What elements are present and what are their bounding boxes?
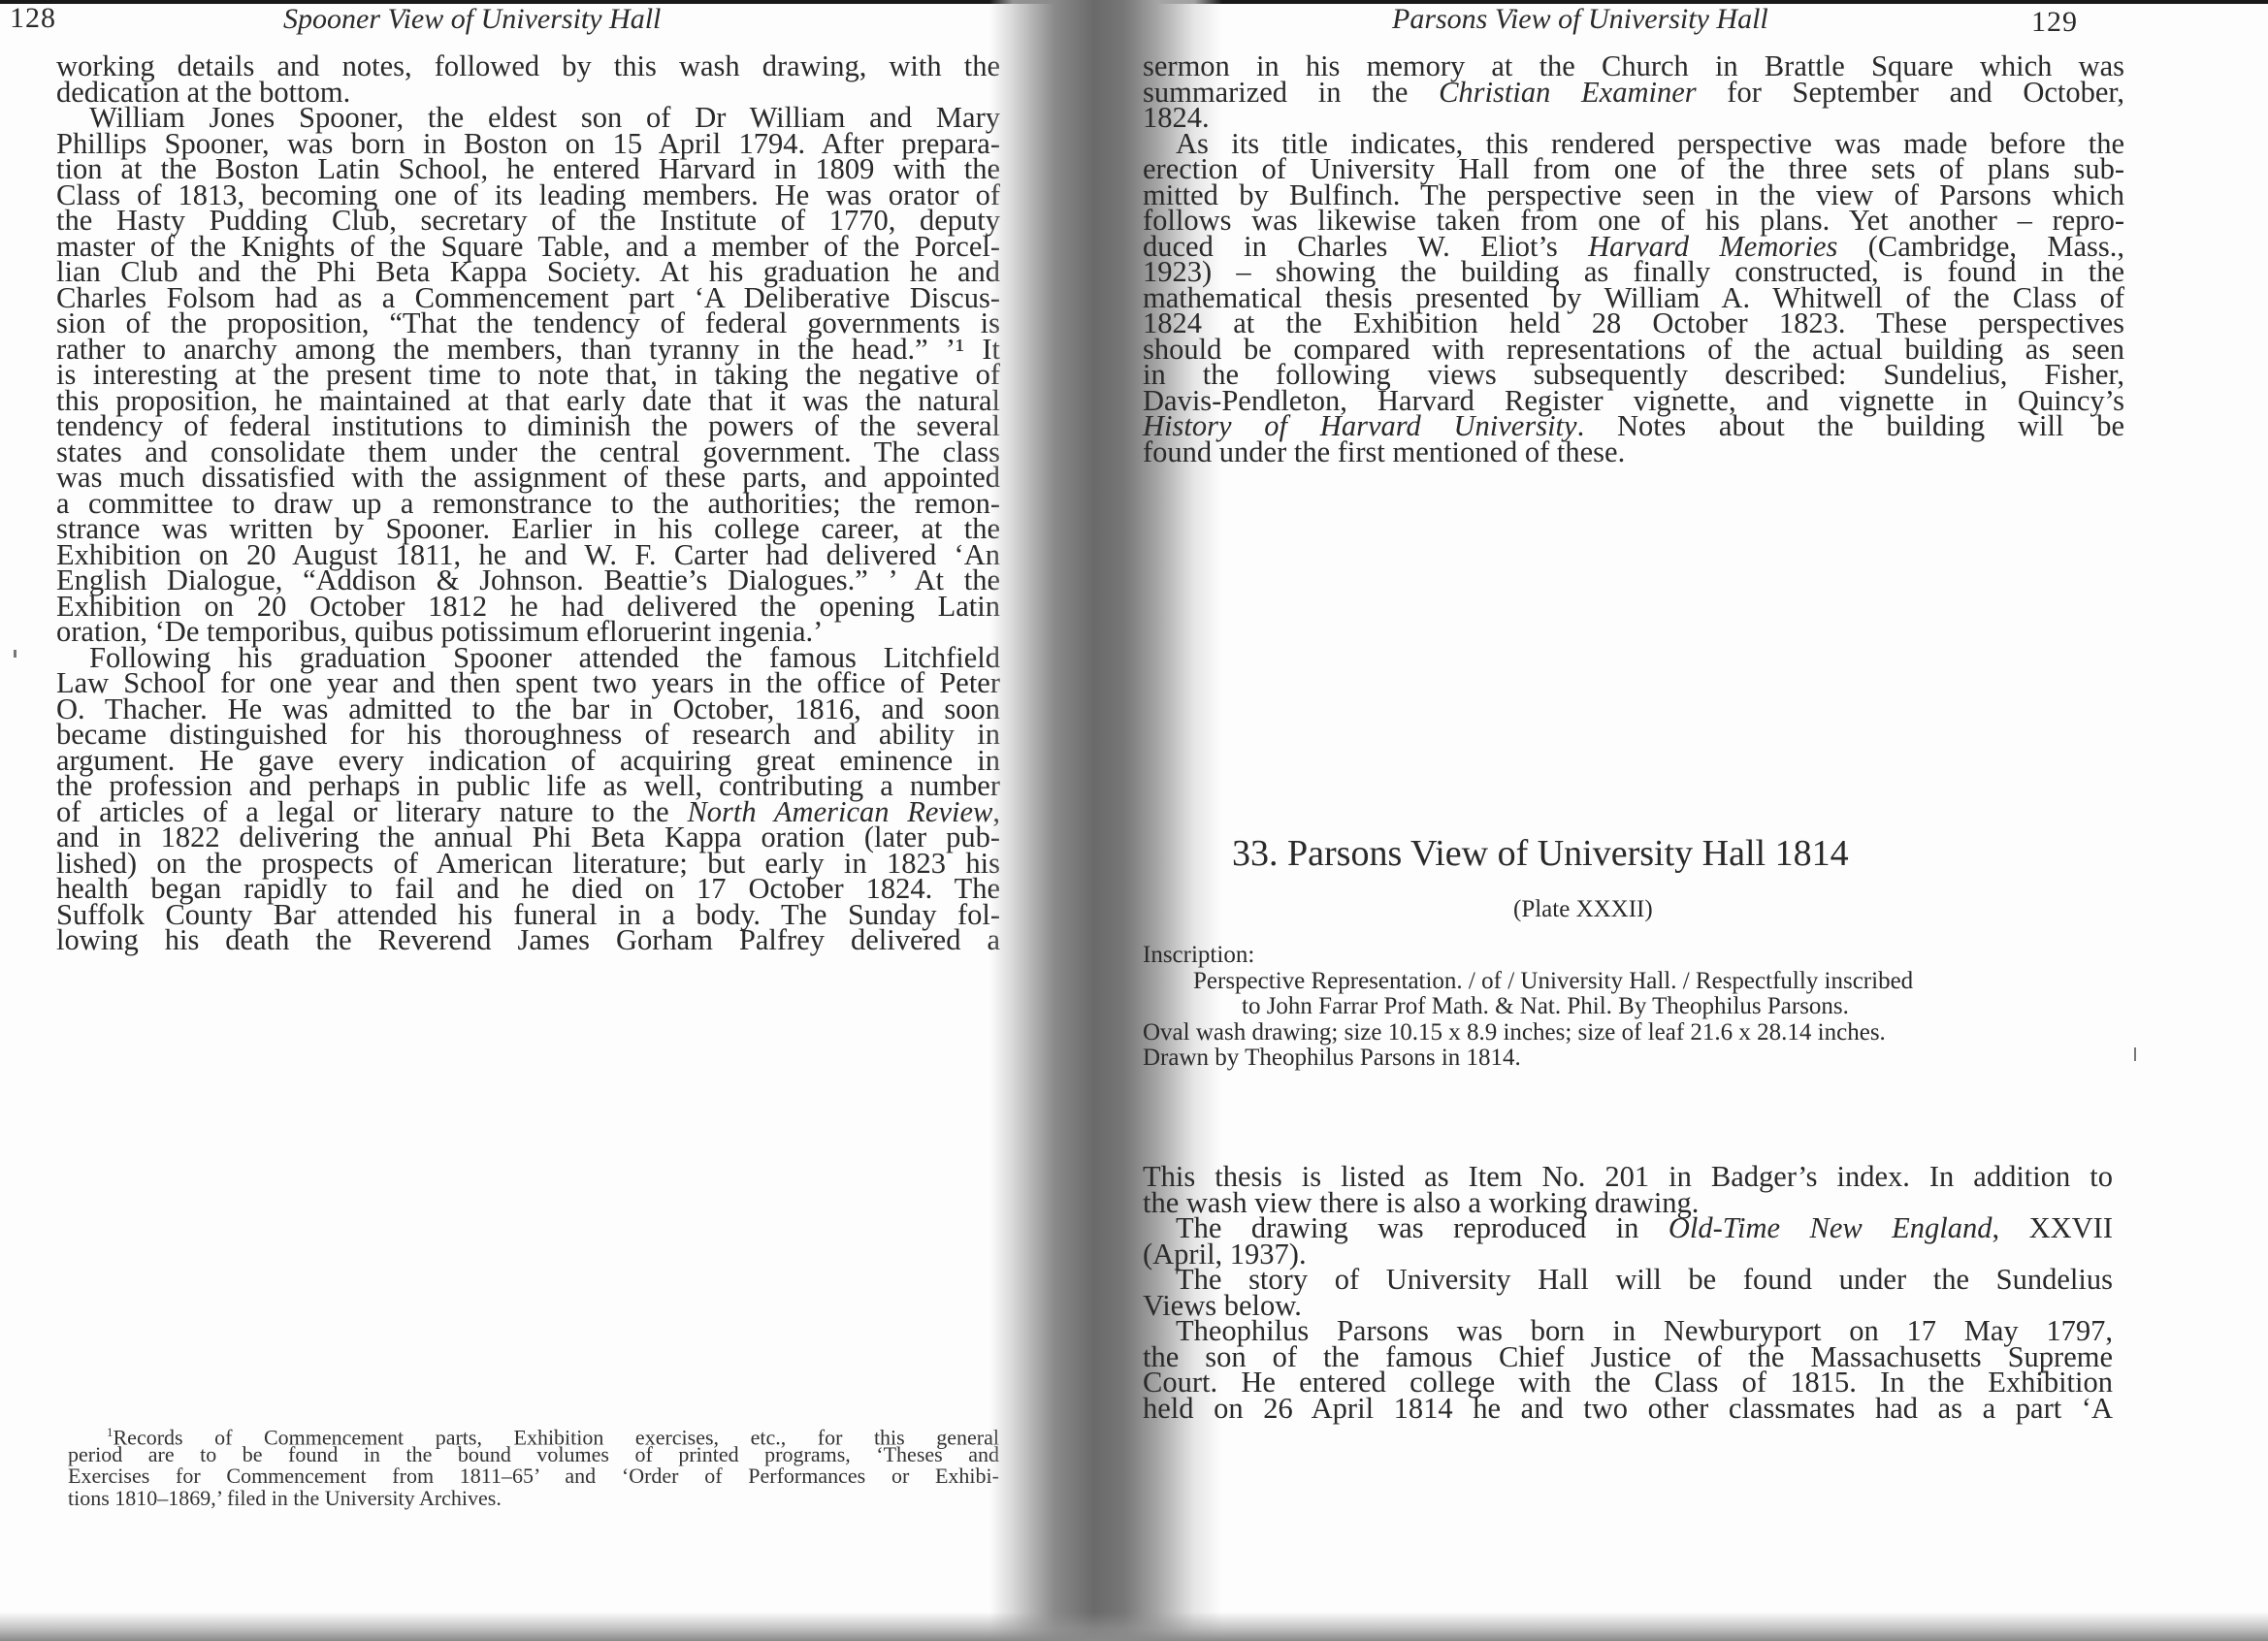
running-title-left: Spooner View of University Hall <box>283 3 661 35</box>
scan-bottom-edge <box>0 1612 2268 1641</box>
running-title-right: Parsons View of University Hall <box>1392 3 1768 35</box>
text-line: found under the first mentioned of these… <box>1143 439 2124 466</box>
text-line: held on 26 April 1814 he and two other c… <box>1143 1396 2113 1422</box>
italic-title: Christian Examiner <box>1439 76 1697 109</box>
inscription-text: Perspective Representation. / of / Unive… <box>1143 969 2122 995</box>
footnote-line: Exercises for Commencement from 1811–65’… <box>68 1465 999 1488</box>
right-page: Parsons View of University Hall 129 serm… <box>1125 0 2268 1641</box>
footnote-line: tions 1810–1869,’ filed in the Universit… <box>68 1488 999 1510</box>
scan-speck <box>2134 1047 2136 1061</box>
italic-title: Old-Time New England <box>1669 1211 1993 1244</box>
running-head-right: Parsons View of University Hall <box>1392 0 1768 39</box>
scan-speck <box>14 650 16 658</box>
plate-reference: (Plate XXXII) <box>1513 896 1653 923</box>
left-page: 128 Spooner View of University Hall work… <box>0 0 1009 1641</box>
footnote-line: 1Records of Commencement parts, Exhibiti… <box>68 1422 999 1444</box>
text-line-with-italic: summarized in the Christian Examiner for… <box>1143 80 2124 106</box>
medium-dimensions: Oval wash drawing; size 10.15 x 8.9 inch… <box>1143 1020 2122 1046</box>
footnote: 1Records of Commencement parts, Exhibiti… <box>68 1422 999 1509</box>
inscription-text: to John Farrar Prof Math. & Nat. Phil. B… <box>1143 994 2122 1020</box>
page-number-left: 128 <box>10 2 56 35</box>
inscription-label: Inscription: <box>1143 943 2122 969</box>
left-body-text: working details and notes, followed by t… <box>56 53 1000 953</box>
catalog-entry: Inscription: Perspective Representation.… <box>1143 943 2122 1072</box>
right-body-text-top: sermon in his memory at the Church in Br… <box>1143 53 2124 465</box>
right-body-text-bottom: This thesis is listed as Item No. 201 in… <box>1143 1164 2113 1421</box>
footnote-line: period are to be found in the bound volu… <box>68 1444 999 1466</box>
drawn-by: Drawn by Theophilus Parsons in 1814. <box>1143 1046 2122 1072</box>
running-head-left: Spooner View of University Hall <box>283 0 661 39</box>
section-heading: 33. Parsons View of University Hall 1814 <box>1232 832 1849 875</box>
text-line: lowing his death the Reverend James Gorh… <box>56 927 1000 953</box>
page-number-right: 129 <box>2031 6 2078 39</box>
